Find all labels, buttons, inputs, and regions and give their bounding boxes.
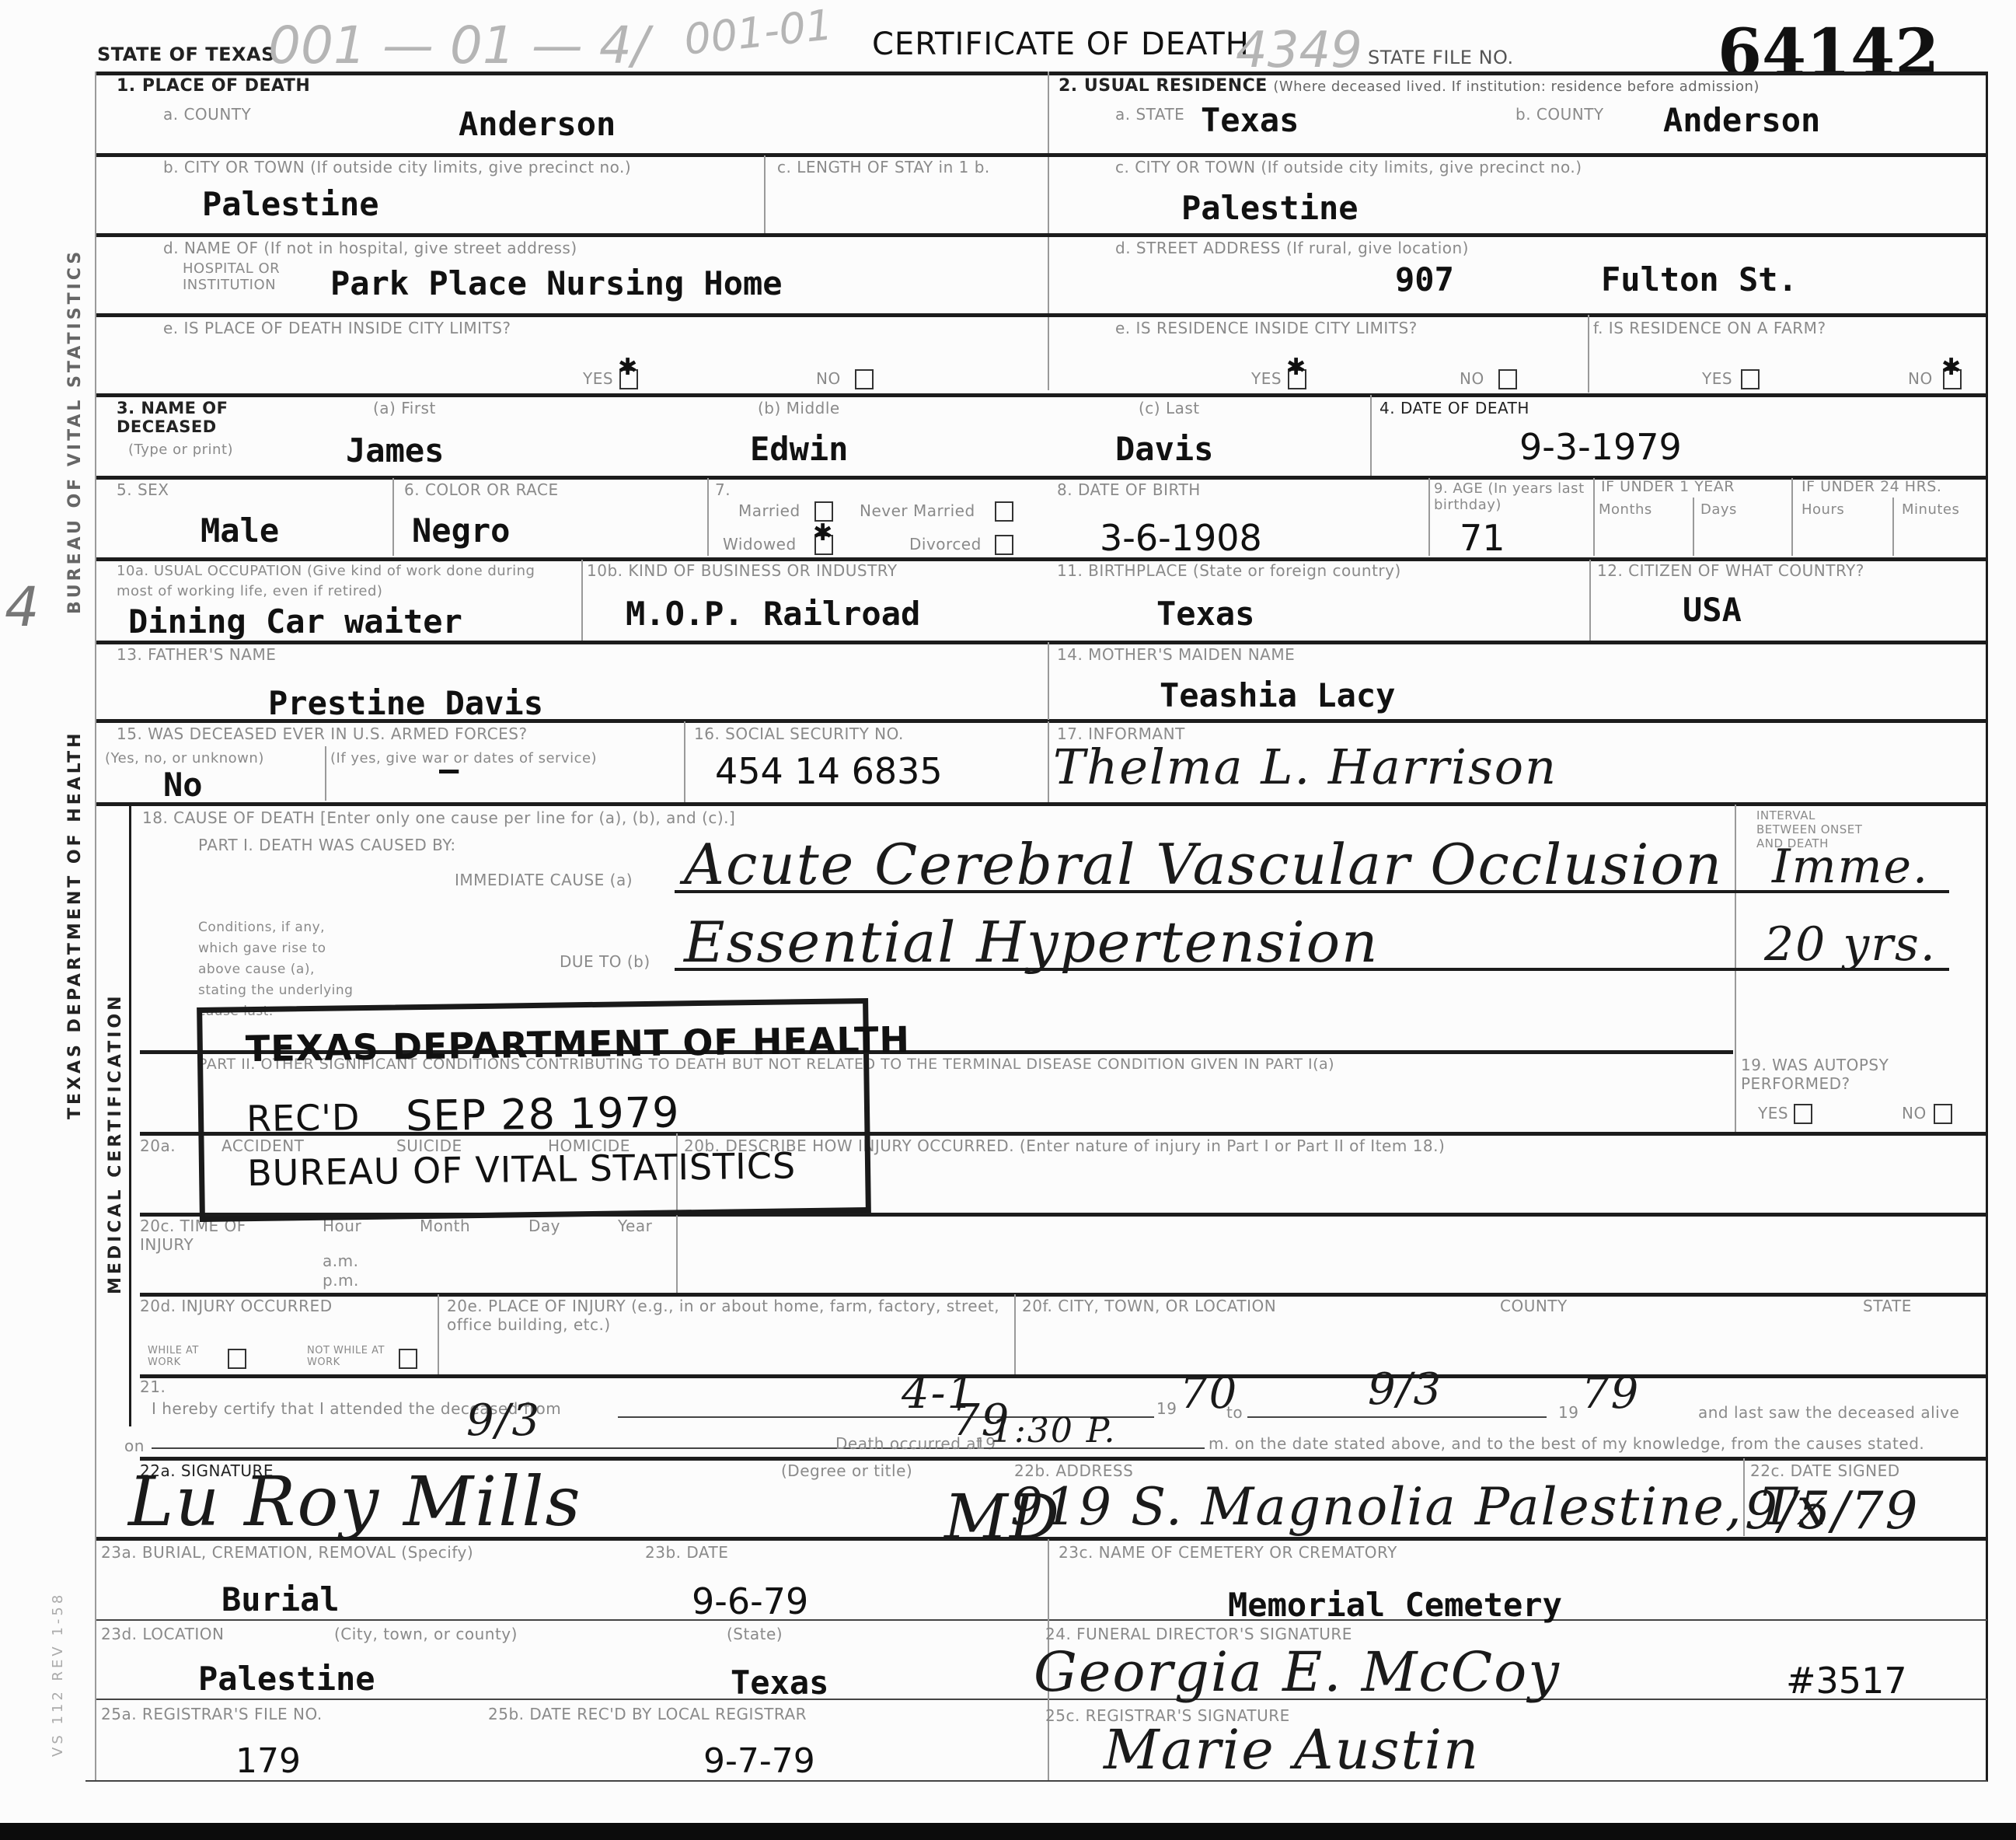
marital-widowed-label: Widowed (723, 535, 797, 553)
residence-inside-city-no-label: NO (1460, 369, 1484, 388)
while-at-work-label: WHILE AT WORK (148, 1345, 218, 1368)
residence-label-main: 2. USUAL RESIDENCE (1059, 76, 1268, 96)
age-value: 71 (1460, 517, 1505, 559)
ssn-value: 454 14 6835 (715, 750, 943, 792)
date-recd-value: 9-7-79 (703, 1741, 815, 1781)
cemetery-label: 23c. NAME OF CEMETERY OR CREMATORY (1059, 1543, 1397, 1562)
disposition-date-label: 23b. DATE (645, 1543, 728, 1562)
divider (1593, 478, 1595, 556)
hospital-value: Park Place Nursing Home (330, 264, 783, 302)
on-text: on (124, 1437, 145, 1455)
under-day-label: IF UNDER 24 HRS. (1801, 478, 1941, 495)
injury-month-label: Month (420, 1217, 470, 1235)
marital-widowed-checkbox[interactable] (814, 535, 833, 555)
due-to-interval: 20 yrs. (1764, 917, 1937, 972)
residence-farm-label: f. IS RESIDENCE ON A FARM? (1593, 319, 1826, 337)
marital-divorced-label: Divorced (909, 535, 982, 553)
residence-label: 2. USUAL RESIDENCE (Where deceased lived… (1059, 76, 1760, 96)
industry-value: M.O.P. Railroad (626, 595, 920, 633)
date-signed-value: 9/5/79 (1745, 1481, 1919, 1541)
death-time-value: 1:30 P. (991, 1411, 1116, 1451)
residence-label-note: (Where deceased lived. If institution: r… (1273, 79, 1760, 95)
death-inside-city-no-label: NO (816, 369, 841, 388)
father-name-value: Prestine Davis (268, 684, 543, 722)
not-while-at-work-label: NOT WHILE AT WORK (307, 1345, 392, 1368)
deceased-name-label: 3. NAME OF DECEASED (117, 399, 241, 436)
pencil-note-2: 001-01 (682, 0, 835, 65)
disposition-city-value: Palestine (198, 1660, 375, 1698)
place-of-death-label: 1. PLACE OF DEATH (117, 76, 310, 96)
part1-label: PART I. DEATH WAS CAUSED BY: (198, 836, 456, 854)
date-recd-label: 25b. DATE REC'D BY LOCAL REGISTRAR (488, 1705, 807, 1723)
injury-location-label: 20f. CITY, TOWN, OR LOCATION (1022, 1297, 1276, 1315)
side-label-department: TEXAS DEPARTMENT OF HEALTH (65, 730, 85, 1119)
margin-note: 4 (5, 575, 40, 639)
center-divider (1048, 72, 1049, 390)
first-name-label: (a) First (373, 399, 436, 417)
divider (1370, 395, 1372, 476)
state-of-texas-label: STATE OF TEXAS (97, 44, 275, 65)
due-to-label: DUE TO (b) (560, 952, 650, 971)
injury-place-label: 20e. PLACE OF INJURY (e.g., in or about … (447, 1297, 1022, 1334)
autopsy-yes-checkbox[interactable] (1794, 1104, 1812, 1124)
side-label-form-number: VS 112 REV 1-58 (50, 1592, 66, 1757)
stamp-bureau: BUREAU OF VITAL STATISTICS (247, 1144, 797, 1194)
rule (96, 233, 1987, 237)
race-label: 6. COLOR OR RACE (404, 480, 559, 499)
date-of-death-value: 9-3-1979 (1519, 426, 1682, 468)
rule (96, 1619, 1987, 1621)
stamp-date: SEP 28 1979 (406, 1088, 680, 1140)
autopsy-yes-label: YES (1758, 1104, 1788, 1123)
armed-forces-label: 15. WAS DECEASED EVER IN U.S. ARMED FORC… (117, 724, 528, 743)
physician-signature: Lu Roy Mills (128, 1461, 582, 1541)
immediate-cause-label: IMMEDIATE CAUSE (a) (455, 871, 633, 889)
not-while-at-work-checkbox[interactable] (399, 1349, 417, 1369)
divider (1589, 560, 1591, 641)
received-stamp: TEXAS DEPARTMENT OF HEALTH REC'D SEP 28 … (197, 998, 871, 1222)
stamp-department: TEXAS DEPARTMENT OF HEALTH (245, 1018, 910, 1070)
injury-am-label: a.m. (323, 1252, 358, 1270)
rule (96, 393, 1987, 397)
rule (96, 802, 1987, 806)
divider (1791, 478, 1793, 556)
injury-time-label: 20c. TIME OF INJURY (140, 1217, 280, 1254)
divider (1693, 498, 1694, 556)
hospital-label: d. NAME OF (If not in hospital, give str… (163, 239, 577, 257)
form-bottom-border (85, 1780, 1987, 1782)
service-dates-value: — (439, 750, 459, 788)
date-signed-label: 22c. DATE SIGNED (1750, 1461, 1900, 1480)
side-label-medical: MEDICAL CERTIFICATION (106, 993, 125, 1294)
disposition-state-sub-label: (State) (727, 1625, 783, 1643)
rule (96, 641, 1987, 644)
divider (1735, 1050, 1736, 1132)
middle-name-label: (b) Middle (758, 399, 840, 417)
death-inside-city-no-checkbox[interactable] (855, 369, 874, 389)
marital-never-married-label: Never Married (860, 501, 975, 520)
marital-divorced-checkbox[interactable] (995, 535, 1013, 555)
injury-year-label: Year (618, 1217, 652, 1235)
funeral-director-signature: Georgia E. McCoy (1034, 1640, 1561, 1704)
age-label: 9. AGE (In years last birthday) (1434, 480, 1589, 513)
residence-county-value: Anderson (1663, 101, 1820, 139)
registrar-file-no-value: 179 (235, 1741, 301, 1781)
death-time-line (987, 1447, 1205, 1449)
rule (96, 313, 1987, 317)
divider (1048, 721, 1049, 802)
stamp-recd: REC'D (246, 1096, 361, 1140)
divider (684, 721, 685, 802)
disposition-location-label: 23d. LOCATION (101, 1625, 224, 1643)
deceased-name-note: (Type or print) (128, 442, 233, 458)
cause-of-death-label: 18. CAUSE OF DEATH [Enter only one cause… (142, 808, 735, 827)
citizen-label: 12. CITIZEN OF WHAT COUNTRY? (1597, 561, 1864, 580)
divider (707, 478, 709, 556)
death-inside-city-yes-label: YES (583, 369, 613, 388)
citizen-value: USA (1683, 591, 1742, 629)
residence-farm-no-label: NO (1908, 369, 1933, 388)
divider (581, 560, 583, 641)
residence-city-label: c. CITY OR TOWN (If outside city limits,… (1115, 158, 1582, 176)
funeral-license-number: #3517 (1786, 1660, 1907, 1702)
rule (140, 1457, 1987, 1461)
disposition-method-value: Burial (221, 1580, 340, 1618)
injury-county-label: COUNTY (1500, 1297, 1568, 1315)
father-name-label: 13. FATHER'S NAME (117, 645, 276, 664)
divider (1428, 478, 1430, 556)
dob-label: 8. DATE OF BIRTH (1057, 480, 1201, 499)
certification-line2-tail: m. on the date stated above, and to the … (1209, 1434, 1924, 1453)
under-year-days-label: Days (1700, 501, 1737, 518)
date-of-death-label: 4. DATE OF DEATH (1379, 399, 1529, 417)
immediate-cause-value: Acute Cerebral Vascular Occlusion (684, 832, 1723, 897)
residence-county-label: b. COUNTY (1515, 105, 1604, 124)
mother-name-value: Teashia Lacy (1160, 676, 1395, 714)
disposition-state-value: Texas (731, 1664, 828, 1702)
marital-married-label: Married (738, 501, 800, 520)
birthplace-value: Texas (1156, 595, 1254, 633)
injury-state-label: STATE (1863, 1297, 1912, 1315)
residence-inside-city-no-checkbox[interactable] (1498, 369, 1517, 389)
rule (96, 153, 1987, 157)
marital-never-married-checkbox[interactable] (995, 501, 1013, 522)
pencil-note-3: 4349 (1236, 22, 1362, 79)
length-of-stay-label: c. LENGTH OF STAY in 1 b. (777, 158, 1010, 176)
residence-street-number: 907 (1395, 260, 1454, 299)
divider (325, 746, 326, 801)
hospital-sub-label: HOSPITAL OR INSTITUTION (183, 260, 315, 293)
death-county-label: a. COUNTY (163, 105, 251, 124)
cemetery-value: Memorial Cemetery (1228, 1586, 1562, 1624)
armed-forces-sub2: (If yes, give war or dates of service) (330, 750, 597, 766)
race-value: Negro (412, 511, 510, 550)
death-city-value: Palestine (202, 185, 379, 223)
death-city-label: b. CITY OR TOWN (If outside city limits,… (163, 158, 631, 176)
side-label-bureau: BUREAU OF VITAL STATISTICS (65, 249, 85, 614)
divider (764, 155, 766, 233)
injury-pm-label: p.m. (323, 1271, 359, 1290)
divider (392, 478, 394, 556)
attended-to-year: 79 (1582, 1368, 1640, 1419)
state-file-no-label: STATE FILE NO. (1368, 47, 1514, 68)
divider (1588, 315, 1589, 393)
degree-label: (Degree or title) (781, 1461, 912, 1480)
occupation-label: 10a. USUAL OCCUPATION (Give kind of work… (117, 561, 575, 602)
industry-label: 10b. KIND OF BUSINESS OR INDUSTRY (587, 561, 898, 580)
residence-farm-yes-checkbox[interactable] (1741, 369, 1760, 389)
under-year-months-label: Months (1599, 501, 1652, 518)
disposition-city-sub-label: (City, town, or county) (334, 1625, 518, 1643)
to-label: to (1226, 1403, 1243, 1422)
certification-line1-tail: and last saw the deceased alive (1698, 1403, 1959, 1422)
ssn-label: 16. SOCIAL SECURITY NO. (694, 724, 904, 743)
divider (1014, 1294, 1016, 1374)
death-inside-city-label: e. IS PLACE OF DEATH INSIDE CITY LIMITS? (163, 319, 511, 337)
injury-type-label: 20a. (140, 1136, 176, 1155)
residence-farm-yes-label: YES (1702, 369, 1732, 388)
under-year-label: IF UNDER 1 YEAR (1601, 478, 1735, 495)
under-day-minutes-label: Minutes (1902, 501, 1959, 518)
first-name-value: James (346, 431, 444, 470)
registrar-signature: Marie Austin (1104, 1718, 1480, 1782)
rule (140, 1374, 1987, 1378)
armed-forces-sub1: (Yes, no, or unknown) (105, 750, 264, 766)
form-top-border (96, 72, 1987, 75)
year-prefix-2: 19 (1558, 1403, 1578, 1422)
last-name-value: Davis (1115, 430, 1213, 468)
residence-inside-city-yes-label: YES (1251, 369, 1282, 388)
last-seen-value: 9/3 (466, 1395, 541, 1446)
last-name-label: (c) Last (1139, 399, 1200, 417)
autopsy-label: 19. WAS AUTOPSY PERFORMED? (1741, 1056, 1974, 1093)
mother-name-label: 14. MOTHER'S MAIDEN NAME (1057, 645, 1295, 664)
disposition-date-value: 9-6-79 (692, 1580, 808, 1622)
middle-name-value: Edwin (750, 430, 848, 468)
disposition-method-label: 23a. BURIAL, CREMATION, REMOVAL (Specify… (101, 1543, 473, 1562)
death-county-value: Anderson (459, 105, 616, 143)
sex-label: 5. SEX (117, 480, 169, 499)
residence-city-value: Palestine (1181, 189, 1359, 227)
autopsy-no-label: NO (1902, 1104, 1927, 1123)
sex-value: Male (201, 511, 279, 550)
attended-to-value: 9/3 (1368, 1364, 1442, 1415)
form-left-border (95, 72, 96, 1782)
death-occurred-text: Death occurred at (835, 1434, 982, 1453)
attended-to-line (1247, 1416, 1547, 1418)
address-value: 919 S. Magnolia Palestine, Tx (1010, 1477, 1827, 1537)
dob-value: 3-6-1908 (1100, 517, 1262, 559)
due-to-value: Essential Hypertension (684, 910, 1379, 975)
residence-state-label: a. STATE (1115, 105, 1184, 124)
residence-state-value: Texas (1201, 101, 1299, 139)
pencil-note-1: 001 — 01 — 4/ (268, 16, 649, 75)
while-at-work-checkbox[interactable] (228, 1349, 246, 1369)
residence-inside-city-yes-checkbox[interactable] (1288, 369, 1306, 389)
immediate-cause-interval: Imme. (1772, 840, 1929, 894)
certificate-title: CERTIFICATE OF DEATH (872, 26, 1250, 62)
injury-occurred-label: 20d. INJURY OCCURRED (140, 1297, 333, 1315)
residence-street-name: Fulton St. (1601, 260, 1798, 299)
registrar-file-no-label: 25a. REGISTRAR'S FILE NO. (101, 1705, 323, 1723)
residence-street-label: d. STREET ADDRESS (If rural, give locati… (1115, 239, 1469, 257)
death-inside-city-yes-checkbox[interactable] (619, 369, 638, 389)
form-right-border (1986, 72, 1988, 1782)
under-day-hours-label: Hours (1801, 501, 1844, 518)
scan-edge-bar (0, 1823, 2016, 1840)
injury-day-label: Day (528, 1217, 560, 1235)
residence-inside-city-label: e. IS RESIDENCE INSIDE CITY LIMITS? (1115, 319, 1418, 337)
divider (1048, 642, 1049, 720)
certification-number: 21. (140, 1377, 166, 1396)
divider (438, 1294, 439, 1374)
year-prefix-1: 19 (1156, 1399, 1177, 1418)
autopsy-no-checkbox[interactable] (1934, 1104, 1952, 1124)
marital-status-label: 7. (715, 480, 731, 499)
occupation-value: Dining Car waiter (128, 602, 462, 641)
armed-forces-value: No (163, 766, 203, 804)
birthplace-label: 11. BIRTHPLACE (State or foreign country… (1057, 561, 1401, 580)
informant-signature: Thelma L. Harrison (1053, 738, 1557, 795)
medical-left-border (129, 805, 131, 1426)
residence-farm-no-checkbox[interactable] (1943, 369, 1962, 389)
divider (1892, 498, 1894, 556)
